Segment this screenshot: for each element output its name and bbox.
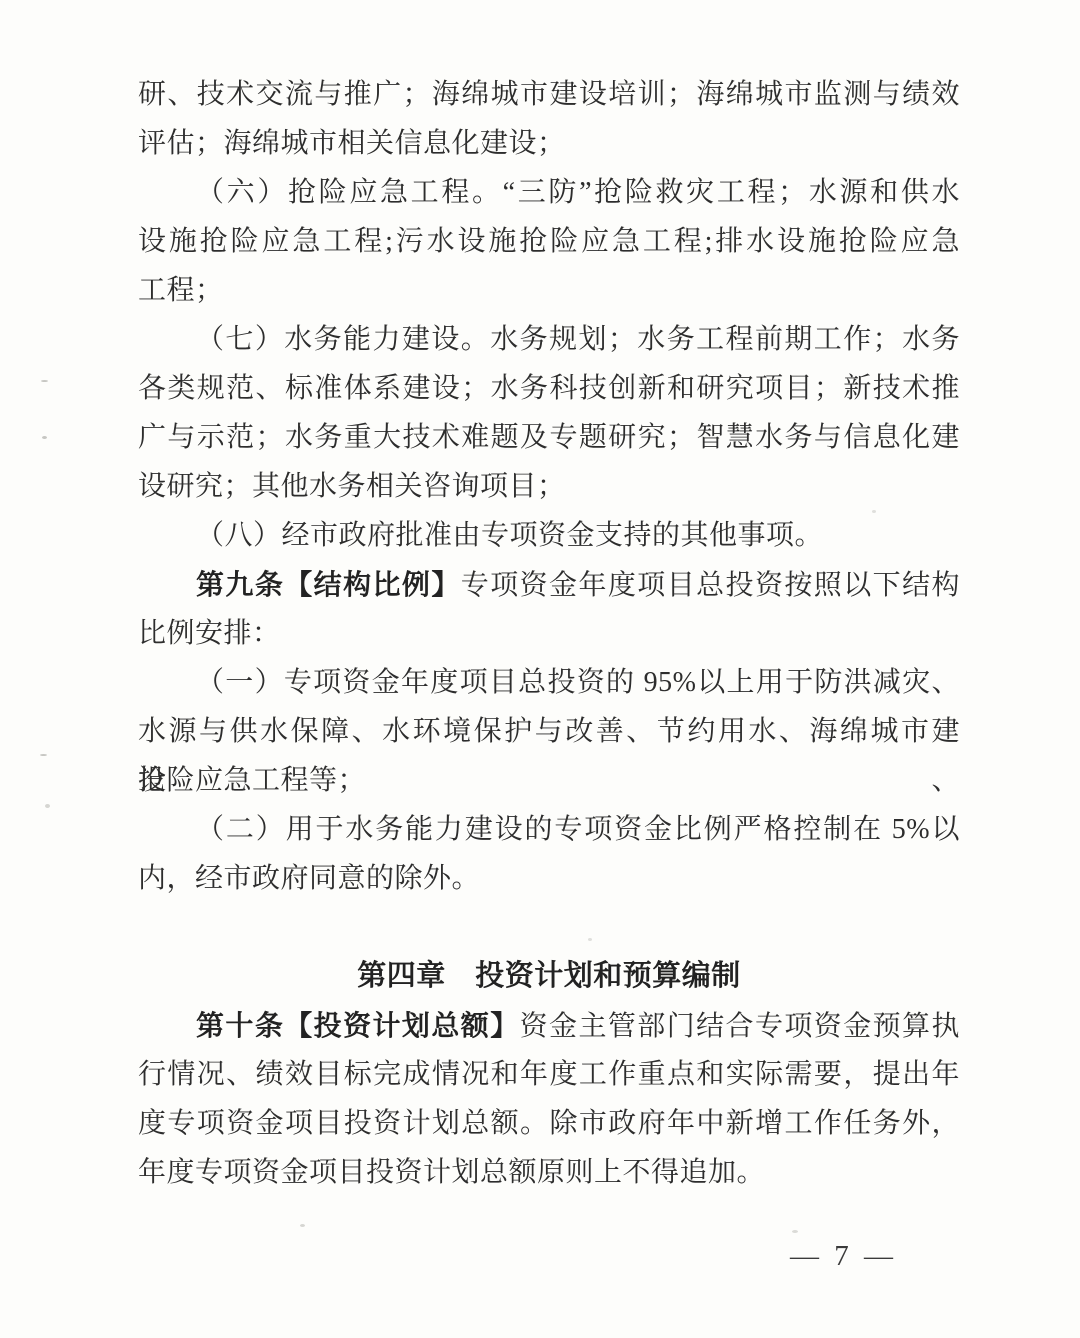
text-line: 度专项资金项目投资计划总额。除市政府年中新增工作任务外， — [138, 1099, 960, 1148]
text-line: 水源与供水保障、水环境保护与改善、节约用水、海绵城市建设、 — [138, 707, 960, 756]
text-line: 第十条【投资计划总额】资金主管部门结合专项资金预算执 — [138, 1001, 960, 1050]
page-number: — 7 — — [790, 1240, 897, 1273]
text-line: （六）抢险应急工程。“三防”抢险救灾工程；水源和供水 — [138, 168, 960, 217]
text-line: 评估；海绵城市相关信息化建设； — [138, 119, 960, 168]
text-line: （二）用于水务能力建设的专项资金比例严格控制在 5%以 — [138, 805, 960, 854]
text-line: 比例安排： — [138, 609, 960, 658]
scan-speck — [300, 1224, 305, 1227]
text-line: 第九条【结构比例】专项资金年度项目总投资按照以下结构 — [138, 560, 960, 609]
text-line: 年度专项资金项目投资计划总额原则上不得追加。 — [138, 1148, 960, 1197]
text-line: 工程； — [138, 266, 960, 315]
scan-speck — [45, 804, 50, 808]
text-line: 广与示范；水务重大技术难题及专题研究；智慧水务与信息化建 — [138, 413, 960, 462]
text-line: （八）经市政府批准由专项资金支持的其他事项。 — [138, 511, 960, 560]
chapter-heading: 第四章 投资计划和预算编制 — [138, 952, 960, 1001]
blank-line — [138, 903, 960, 952]
text-line: 设施抢险应急工程;污水设施抢险应急工程;排水设施抢险应急 — [138, 217, 960, 266]
text-line: 设研究；其他水务相关咨询项目； — [138, 462, 960, 511]
scan-speck — [872, 510, 876, 513]
article-label: 第十条【投资计划总额】 — [196, 1010, 520, 1041]
document-body: 研、技术交流与推广；海绵城市建设培训；海绵城市监测与绩效评估；海绵城市相关信息化… — [138, 70, 960, 1197]
text-line: 行情况、绩效目标完成情况和年度工作重点和实际需要，提出年 — [138, 1050, 960, 1099]
scan-speck — [41, 380, 48, 382]
scan-speck — [792, 1230, 798, 1233]
text-line: （一）专项资金年度项目总投资的 95%以上用于防洪减灾、 — [138, 658, 960, 707]
document-page: 研、技术交流与推广；海绵城市建设培训；海绵城市监测与绩效评估；海绵城市相关信息化… — [0, 0, 1080, 1338]
text-line: 研、技术交流与推广；海绵城市建设培训；海绵城市监测与绩效 — [138, 70, 960, 119]
article-label: 第九条【结构比例】 — [196, 569, 461, 600]
scan-speck — [42, 436, 47, 439]
scan-speck — [588, 938, 592, 941]
text-line: （七）水务能力建设。水务规划；水务工程前期工作；水务 — [138, 315, 960, 364]
scan-speck — [40, 754, 47, 756]
text-line: 各类规范、标准体系建设；水务科技创新和研究项目；新技术推 — [138, 364, 960, 413]
text-line: 内，经市政府同意的除外。 — [138, 854, 960, 903]
